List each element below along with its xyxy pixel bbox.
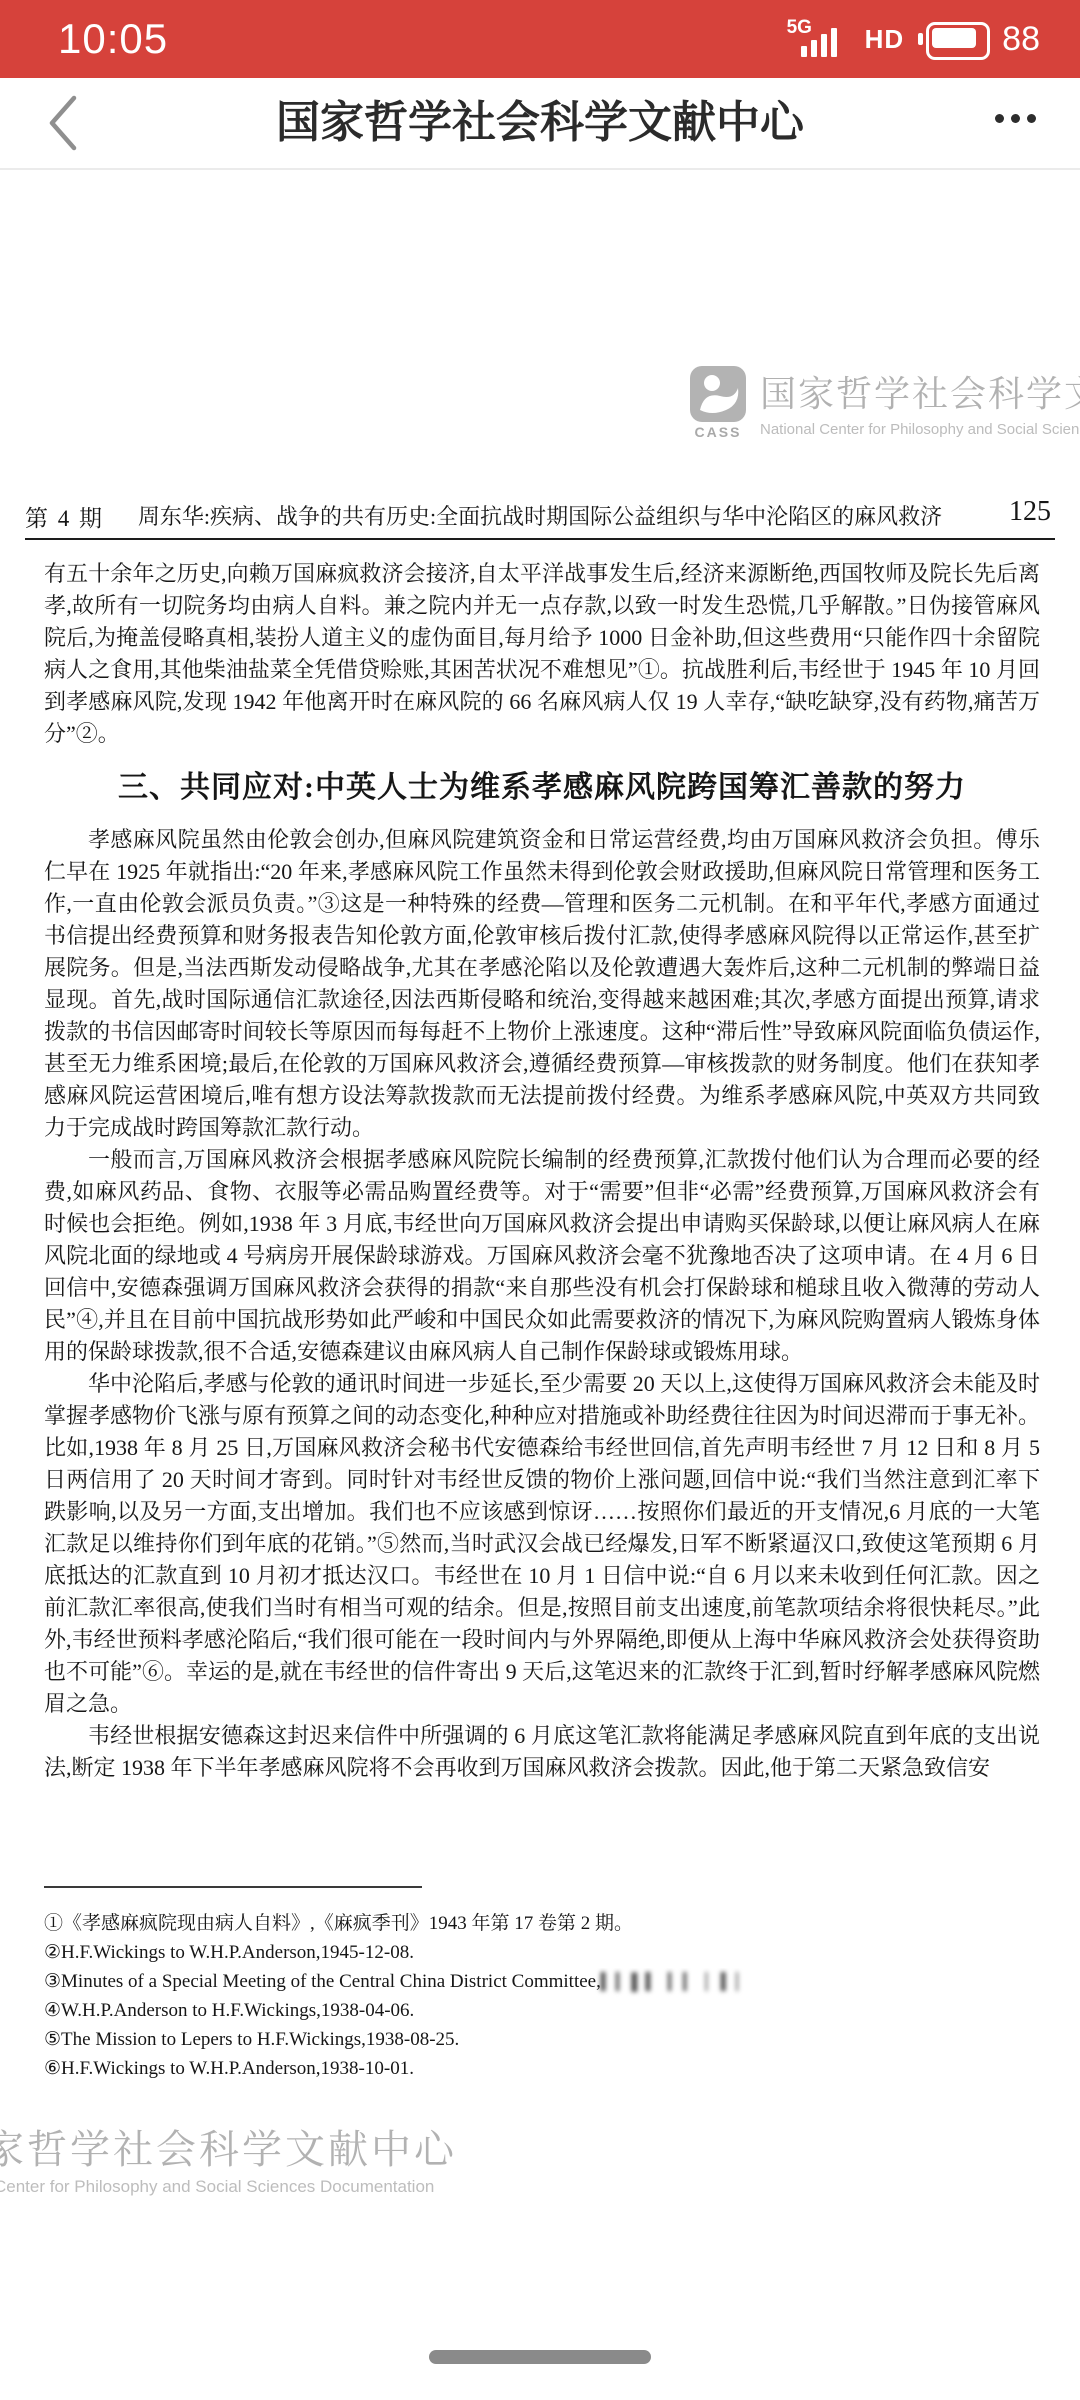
footnote: ④W.H.P.Anderson to H.F.Wickings,1938-04-…	[44, 1997, 1040, 2026]
status-icons: 5G HD 88	[787, 0, 1040, 78]
paragraph: 有五十余年之历史,向赖万国麻疯救济会接济,自太平洋战事发生后,经济来源断绝,西国…	[44, 558, 1040, 750]
footnote: ⑤The Mission to Lepers to H.F.Wickings,1…	[44, 2026, 1040, 2055]
watermark-top: CASS 国家哲学社会科学文 National Center for Philo…	[688, 366, 1080, 440]
paragraph: 孝感麻风院虽然由伦敦会创办,但麻风院建筑资金和日常运营经费,均由万国麻风救济会负…	[44, 824, 1040, 1144]
section-heading: 三、共同应对:中英人士为维系孝感麻风院跨国筹汇善款的努力	[44, 766, 1040, 810]
running-head: 第 4 期 周东华:疾病、战争的共有历史:全面抗战时期国际公益组织与华中沦陷区的…	[25, 496, 1055, 532]
cass-logo-icon	[690, 366, 746, 422]
running-title: 周东华:疾病、战争的共有历史:全面抗战时期国际公益组织与华中沦陷区的麻风救济	[25, 500, 1055, 531]
page-number: 125	[1009, 496, 1051, 528]
watermark-top-en: National Center for Philosophy and Socia…	[760, 421, 1080, 438]
watermark-bottom-zh: 家哲学社会科学文献中心	[0, 2118, 457, 2175]
battery-percent: 88	[1002, 20, 1040, 59]
footnote: ①《孝感麻疯院现由病人自料》,《麻疯季刊》1943 年第 17 卷第 2 期。	[44, 1910, 1040, 1939]
paragraph: 韦经世根据安德森这封迟来信件中所强调的 6 月底这笔汇款将能满足孝感麻风院直到年…	[44, 1720, 1040, 1784]
paragraph: 一般而言,万国麻风救济会根据孝感麻风院院长编制的经费预算,汇款拨付他们认为合理而…	[44, 1144, 1040, 1368]
clock: 10:05	[58, 15, 168, 63]
footnote: ③Minutes of a Special Meeting of the Cen…	[44, 1968, 1040, 1997]
footnotes-block: ①《孝感麻疯院现由病人自料》,《麻疯季刊》1943 年第 17 卷第 2 期。 …	[44, 1886, 1040, 2084]
article-body: 有五十余年之历史,向赖万国麻疯救济会接济,自太平洋战事发生后,经济来源断绝,西国…	[44, 558, 1040, 1884]
more-menu-button[interactable]	[995, 114, 1036, 123]
header-rule	[25, 538, 1055, 540]
battery-body	[926, 22, 990, 60]
document-page[interactable]: CASS 国家哲学社会科学文 National Center for Philo…	[0, 170, 1080, 2400]
footnote: ②H.F.Wickings to W.H.P.Anderson,1945-12-…	[44, 1939, 1040, 1968]
ellipsis-icon	[995, 114, 1004, 123]
footnote: ⑥H.F.Wickings to W.H.P.Anderson,1938-10-…	[44, 2055, 1040, 2084]
watermark-top-zh: 国家哲学社会科学文	[760, 366, 1080, 417]
battery-fill	[932, 28, 976, 48]
signal-bars-icon	[801, 28, 837, 57]
page-title: 国家哲学社会科学文献中心	[0, 78, 1080, 168]
watermark-bottom: 家哲学社会科学文献中心 Center for Philosophy and So…	[0, 2118, 457, 2197]
hd-badge: HD	[865, 24, 905, 55]
watermark-bottom-en: Center for Philosophy and Social Science…	[0, 2177, 457, 2197]
phone-screen: 10:05 5G HD 88 国家哲学社会科学文献中心	[0, 0, 1080, 2400]
nav-bar: 国家哲学社会科学文献中心	[0, 78, 1080, 168]
footnote-rule	[44, 1886, 422, 1888]
home-indicator[interactable]	[429, 2350, 651, 2364]
paragraph: 华中沦陷后,孝感与伦敦的通讯时间进一步延长,至少需要 20 天以上,这使得万国麻…	[44, 1368, 1040, 1720]
battery-nub	[918, 33, 923, 45]
illegible-smudge: ▍▎▌▍ ▎▎ ▏▍▏	[601, 1974, 752, 1991]
battery-icon	[918, 22, 988, 56]
cass-label: CASS	[695, 424, 742, 440]
status-bar: 10:05 5G HD 88	[0, 0, 1080, 78]
signal-icon: 5G	[787, 19, 851, 59]
